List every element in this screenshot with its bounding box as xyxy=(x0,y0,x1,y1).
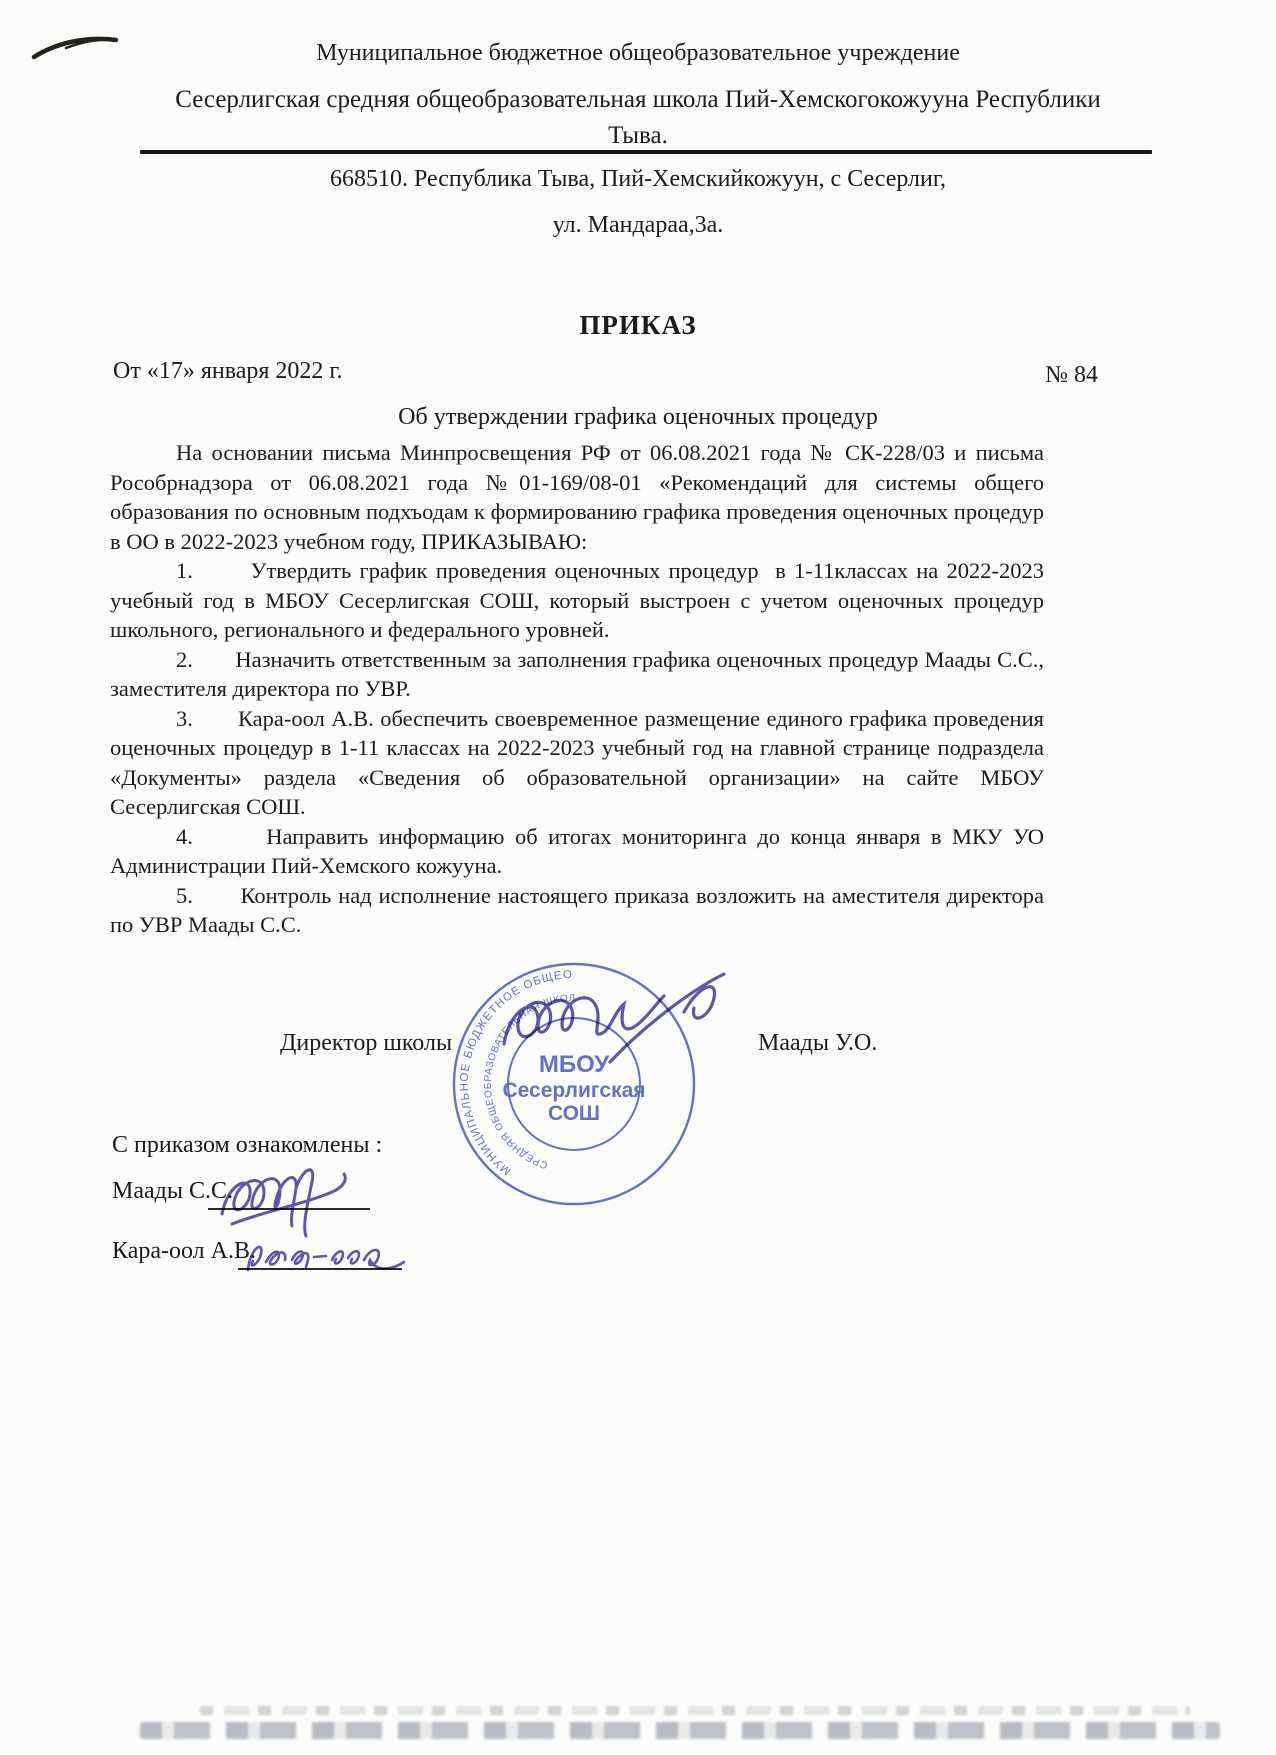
kara-ool-signature xyxy=(240,1232,415,1282)
body-paragraph: На основании письма Минпросвещения РФ от… xyxy=(110,438,1044,556)
body-paragraph: 2. Назначить ответственным за заполнения… xyxy=(110,645,1044,704)
order-date: От «17» января 2022 г. xyxy=(113,358,343,384)
body-paragraph: 3. Кара-оол А.В. обеспечить своевременно… xyxy=(110,704,1044,822)
scan-bleed-row-1 xyxy=(200,1706,1190,1715)
document-page: Муниципальное бюджетное общеобразователь… xyxy=(0,0,1276,1755)
stamp-center-line2: Сесерлигская xyxy=(502,1079,645,1102)
scan-bleed-row-2 xyxy=(140,1722,1220,1739)
director-name: Маады У.О. xyxy=(758,1030,877,1057)
director-signature xyxy=(492,966,732,1076)
stamp-center-line3: СОШ xyxy=(548,1102,600,1125)
org-name-line1: Сесерлигская средняя общеобразовательная… xyxy=(0,86,1276,114)
body-paragraph: 5. Контроль над исполнение настоящего пр… xyxy=(110,881,1044,940)
acknowledged-name-2: Кара-оол А.В. xyxy=(112,1238,256,1265)
order-meta-row: От «17» января 2022 г. № 84 xyxy=(113,358,1126,385)
order-title: ПРИКАЗ xyxy=(0,310,1276,341)
org-type-line: Муниципальное бюджетное общеобразователь… xyxy=(0,40,1276,67)
order-subject: Об утверждении графика оценочных процеду… xyxy=(0,404,1276,431)
body-paragraph: 4. Направить информацию об итогах монито… xyxy=(110,822,1044,881)
order-body: На основании письма Минпросвещения РФ от… xyxy=(110,438,1044,940)
scan-bleed-artifact xyxy=(140,1702,1220,1748)
header-divider xyxy=(140,150,1152,154)
address-line1: 668510. Республика Тыва, Пий-Хемскийкожу… xyxy=(0,166,1276,193)
order-number: № 84 xyxy=(1045,362,1098,389)
address-line2: ул. Мандараа,3а. xyxy=(0,212,1276,239)
director-label: Директор школы xyxy=(280,1030,452,1057)
org-name-line2: Тыва. xyxy=(0,122,1276,150)
body-paragraph: 1. Утвердить график проведения оценочных… xyxy=(110,556,1044,645)
maady-signature xyxy=(212,1154,382,1239)
